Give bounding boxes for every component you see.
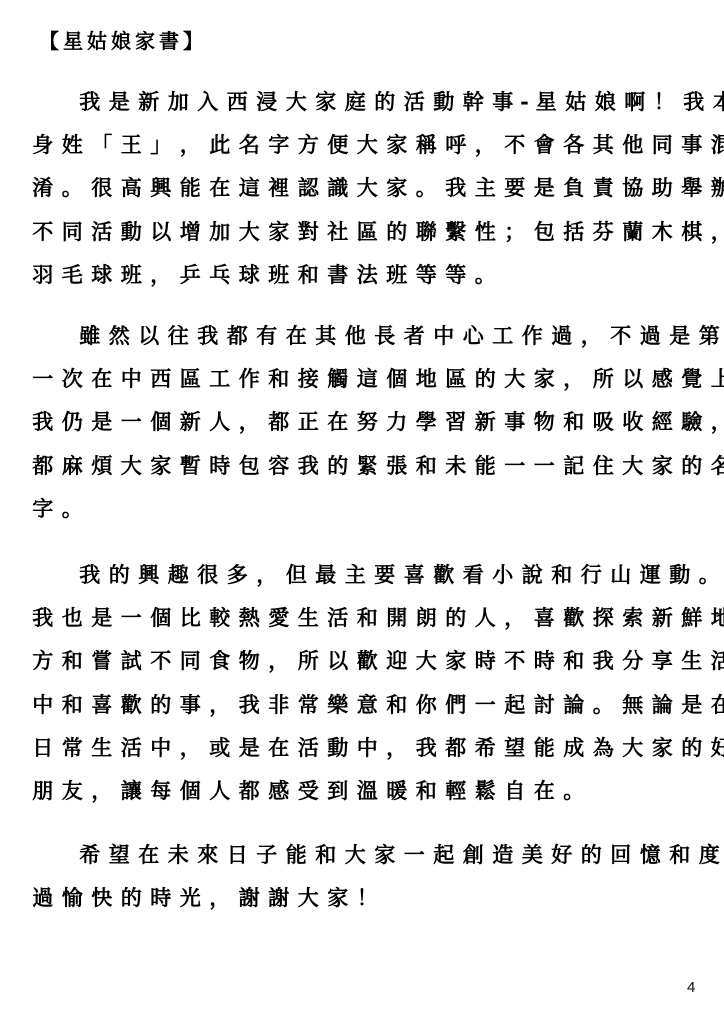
text-line: 羽毛球班，乒乓球班和書法班等等。 xyxy=(28,253,698,296)
text-line: 我仍是一個新人，都正在努力學習新事物和吸收經驗， xyxy=(28,400,698,443)
text-line: 中和喜歡的事，我非常樂意和你們一起討論。無論是在 xyxy=(28,683,698,726)
paragraph-closing: 希望在未來日子能和大家一起創造美好的回憶和度過愉快的時光，謝謝大家！ xyxy=(28,833,698,919)
text-line: 都麻煩大家暫時包容我的緊張和未能一一記住大家的名 xyxy=(28,444,698,487)
text-line: 我也是一個比較熱愛生活和開朗的人，喜歡探索新鮮地 xyxy=(28,596,698,639)
text-line: 朋友，讓每個人都感受到溫暖和輕鬆自在。 xyxy=(28,769,698,812)
text-line: 身姓「王」，此名字方便大家稱呼，不會各其他同事混 xyxy=(28,123,698,166)
paragraph-interests: 我的興趣很多，但最主要喜歡看小說和行山運動。我也是一個比較熱愛生活和開朗的人，喜… xyxy=(28,553,698,812)
text-line: 希望在未來日子能和大家一起創造美好的回憶和度 xyxy=(28,833,698,876)
text-line: 淆。很高興能在這裡認識大家。我主要是負責協助舉辦 xyxy=(28,166,698,209)
paragraph-introduction: 我是新加入西浸大家庭的活動幹事-星姑娘啊！我本身姓「王」，此名字方便大家稱呼，不… xyxy=(28,80,698,296)
paragraph-work-experience: 雖然以往我都有在其他長者中心工作過，不過是第一次在中西區工作和接觸這個地區的大家… xyxy=(28,314,698,530)
text-line: 方和嘗試不同食物，所以歡迎大家時不時和我分享生活 xyxy=(28,639,698,682)
text-line: 我的興趣很多，但最主要喜歡看小說和行山運動。 xyxy=(28,553,698,596)
document-title: 【星姑娘家書】 xyxy=(37,19,205,62)
text-line: 不同活動以增加大家對社區的聯繫性；包括芬蘭木棋， xyxy=(28,210,698,253)
text-line: 雖然以往我都有在其他長者中心工作過，不過是第 xyxy=(28,314,698,357)
text-line: 過愉快的時光，謝謝大家！ xyxy=(28,876,698,919)
text-line: 一次在中西區工作和接觸這個地區的大家，所以感覺上 xyxy=(28,357,698,400)
page-number: 4 xyxy=(687,979,695,996)
text-line: 我是新加入西浸大家庭的活動幹事-星姑娘啊！我本 xyxy=(28,80,698,123)
document-page: 【星姑娘家書】 我是新加入西浸大家庭的活動幹事-星姑娘啊！我本身姓「王」，此名字… xyxy=(0,0,724,1024)
text-line: 日常生活中，或是在活動中，我都希望能成為大家的好 xyxy=(28,726,698,769)
text-line: 字。 xyxy=(28,487,698,530)
